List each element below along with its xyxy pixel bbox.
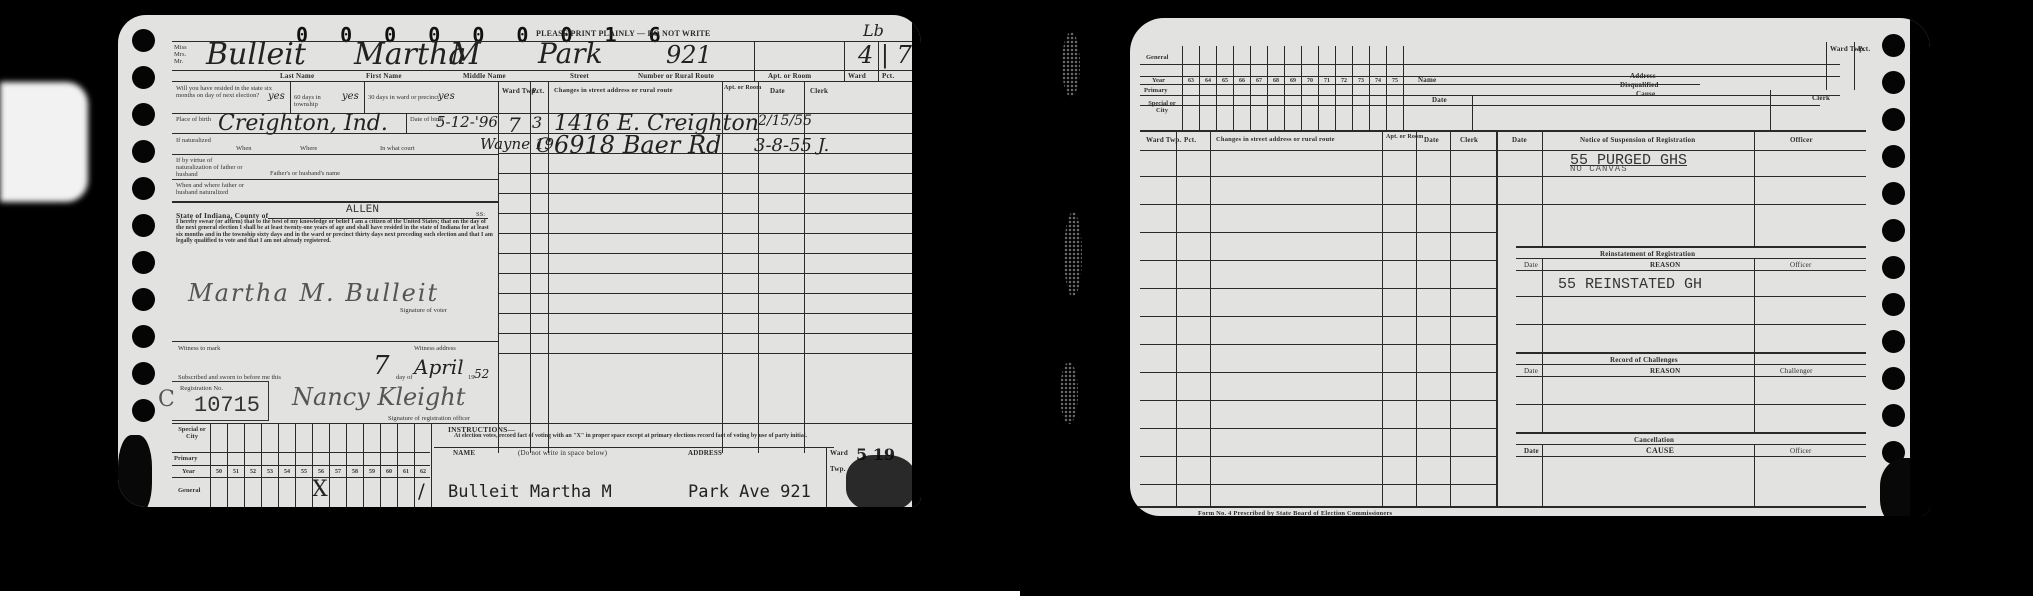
subscribed-year: 52 [474, 367, 489, 381]
label-ward: Ward [848, 72, 866, 80]
header-changes: Changes in street address or rural route [554, 87, 673, 94]
label-cancellation-date: Date [1524, 447, 1539, 455]
punch-hole [132, 362, 155, 385]
row-label-primary: Primary [174, 455, 197, 462]
registration-number: 10715 [194, 393, 260, 418]
voter-signature: Martha M. Bulleit [188, 279, 439, 307]
row-label-special: Special or City [1144, 100, 1180, 114]
label-last-name: Last Name [280, 72, 314, 80]
row-label-general: General [1146, 54, 1168, 61]
punch-hole [1882, 34, 1905, 57]
row-label-year: Year [182, 468, 195, 475]
punch-hole [1882, 108, 1905, 131]
label-reinstatement-officer: Officer [1790, 261, 1811, 269]
label-court: In what court [380, 145, 415, 152]
punch-hole [1882, 293, 1905, 316]
punch-hole [132, 399, 155, 422]
label-challenge-date: Date [1524, 367, 1538, 375]
label-where: Where [300, 145, 317, 152]
label-street: Street [570, 72, 589, 80]
punch-hole [1882, 367, 1905, 390]
cancellation-title: Cancellation [1634, 436, 1674, 444]
corner-mark: Lb [863, 21, 884, 40]
label-middle-name: Middle Name [463, 72, 506, 80]
label-witness-address: Witness address [414, 345, 456, 352]
header-date: Date [1424, 136, 1439, 144]
label-name: Name [1418, 76, 1436, 84]
change-date: 2/15/55 [758, 113, 812, 129]
punch-hole [1882, 71, 1905, 94]
scan-artifact [1062, 32, 1080, 97]
label-rural-route: Number or Rural Route [638, 72, 714, 80]
registrar-signature: Nancy Kleight [292, 383, 465, 411]
label-witness: Witness to mark [178, 345, 220, 352]
label-day-of: day of [396, 374, 412, 381]
ward-answer: yes [438, 91, 455, 102]
label-naturalized: If naturalized [176, 137, 216, 144]
punch-hole [132, 177, 155, 200]
punch-hole [132, 251, 155, 274]
instructions-text: At election votes, record fact of voting… [454, 433, 834, 440]
card-edge [1910, 18, 1930, 516]
typed-name: Bulleit Martha M [448, 482, 612, 502]
last-name-value: Bulleit [206, 37, 306, 72]
label-when: When [236, 145, 252, 152]
punch-hole [132, 214, 155, 237]
ward-pct-value: 4 | 7 [858, 41, 912, 69]
label-date: Date [1432, 96, 1447, 104]
subscribed-month: April [414, 355, 464, 379]
punch-hole [1882, 219, 1905, 242]
scan-edge [0, 591, 1020, 596]
registration-card-front: 0 0 0 0 0 0 0 1 6 PLEASE PRINT PLAINLY —… [118, 15, 921, 507]
scan-artifact [1064, 212, 1082, 297]
change-date: 3-8-55 J. [754, 135, 829, 156]
stamp-reinstated: 55 REINSTATED GH [1558, 276, 1702, 293]
residency-question: Will you have resided in the state six m… [176, 85, 276, 99]
ward-question: 30 days in ward or precinct [368, 94, 448, 101]
side-mark: C [158, 387, 175, 412]
label-clerk: Clerk [1812, 94, 1830, 102]
punch-hole [132, 288, 155, 311]
reinstatement-title: Reinstatement of Registration [1600, 250, 1695, 258]
title-prefixes: MissMrs.Mr. [174, 44, 187, 65]
scanner-glare [0, 82, 88, 202]
township-question: 60 days in township [294, 94, 344, 108]
card-edge [912, 15, 921, 507]
header-pct: Pct. [532, 87, 544, 95]
oath-ss: SS: [476, 211, 485, 218]
punch-hole [1882, 182, 1905, 205]
label-cause: Cause [1636, 90, 1655, 98]
label-address-bottom: ADDRESS [688, 449, 722, 457]
header-date: Date [770, 87, 785, 95]
year-cell: 62 [413, 469, 433, 475]
header-clerk: Clerk [810, 87, 828, 95]
label-address: Address [1630, 72, 1656, 80]
label-suspension-date: Date [1512, 136, 1527, 144]
label-challenger: Challenger [1780, 367, 1813, 375]
label-name-bottom: NAME [453, 449, 475, 457]
label-father-name: Father's or husband's name [270, 170, 340, 177]
dob-value: 5-12-'96 [436, 113, 498, 131]
header-clerk: Clerk [1460, 136, 1478, 144]
scan-artifact [1060, 362, 1078, 424]
punch-hole [132, 66, 155, 89]
house-number-value: 921 [666, 41, 712, 69]
punch-hole [132, 140, 155, 163]
label-disqualified: Disqualified [1620, 81, 1659, 89]
year-cell: 75 [1385, 78, 1405, 84]
punch-hole [132, 325, 155, 348]
label-subscribed: Subscribed and sworn to before me this [178, 374, 281, 381]
label-cancellation-cause: CAUSE [1646, 446, 1674, 455]
change-address: 6918 Baer Rd [554, 131, 721, 159]
subscribed-day: 7 [373, 351, 390, 381]
label-registrar-signature: Signature of registration officer [388, 415, 470, 422]
residency-answer: yes [268, 91, 285, 102]
header-pct: Pct. [1184, 136, 1196, 144]
label-ward-bottom: Ward [830, 449, 848, 457]
punch-hole [1882, 404, 1905, 427]
middle-name-value: M [450, 37, 481, 72]
label-twp-bottom: Twp. [830, 465, 846, 473]
torn-corner [118, 435, 152, 507]
registration-card-back: General Year Primary Special or City 63 … [1130, 18, 1930, 516]
oath-text: I hereby swear (or affirm) that to the b… [176, 219, 494, 245]
punch-hole [1882, 330, 1905, 353]
label-pct: Pct. [882, 72, 894, 80]
change-pct: 3 [532, 113, 542, 132]
oath-county: ALLEN [346, 204, 379, 216]
header-changes: Changes in street address or rural route [1216, 136, 1335, 143]
label-cancellation-officer: Officer [1790, 447, 1811, 455]
punch-hole [1882, 256, 1905, 279]
typed-address: Park Ave 921 [688, 482, 811, 502]
label-first-name: First Name [366, 72, 402, 80]
label-suspension-officer: Officer [1790, 136, 1813, 144]
vote-mark: / [418, 479, 425, 503]
form-footer: Form No. 4 Prescribed by State Board of … [1198, 510, 1392, 516]
vote-mark: X [312, 477, 328, 502]
punch-hole [1882, 145, 1905, 168]
township-answer: yes [342, 91, 359, 102]
challenges-title: Record of Challenges [1610, 356, 1678, 364]
ink-smudge [846, 455, 916, 507]
header-apt: Apt. or Room [724, 85, 761, 91]
label-pct: Pct. [1858, 45, 1870, 53]
row-label-special: Special or City [174, 426, 210, 440]
label-father-when: When and where father or husband natural… [176, 182, 256, 196]
street-value: Park [538, 37, 603, 70]
punch-hole [132, 103, 155, 126]
label-place-of-birth: Place of birth [176, 116, 216, 123]
row-label-year: Year [1152, 77, 1165, 84]
change-pct: C [536, 133, 551, 157]
label-father-naturalization: If by virtue of naturalization of father… [176, 157, 246, 178]
suspension-title: Notice of Suspension of Registration [1580, 136, 1695, 144]
punch-hole [132, 29, 155, 52]
label-challenge-reason: REASON [1650, 367, 1680, 375]
change-ward: 7 [508, 113, 521, 137]
header-apt: Apt. or Room [1386, 134, 1423, 140]
label-reinstatement-reason: REASON [1650, 261, 1680, 269]
row-label-primary: Primary [1144, 87, 1167, 94]
row-label-general: General [178, 487, 200, 494]
label-voter-signature: Signature of voter [400, 307, 447, 314]
bottom-note: (Do not write in space below) [518, 449, 607, 457]
stamp-purged: 55 PURGED GHS [1570, 152, 1687, 169]
label-reinstatement-date: Date [1524, 261, 1538, 269]
label-apt: Apt. or Room [768, 72, 811, 80]
